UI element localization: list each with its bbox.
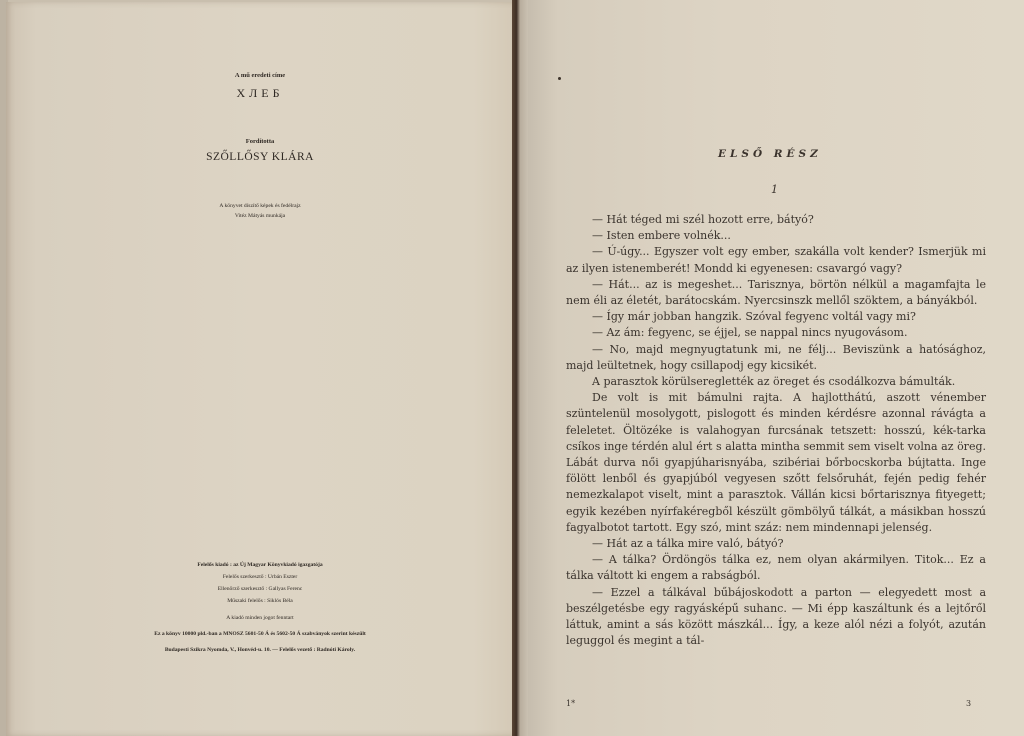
translated-by-label: Fordította <box>6 138 514 145</box>
printer-notice: Budapesti Szikra Nyomda, V., Honvéd-u. 1… <box>6 647 514 653</box>
paragraph: A parasztok körülsereglették az öreget é… <box>566 374 986 390</box>
paper-speck <box>558 77 561 80</box>
left-page-colophon: A mű eredeti címe ХЛЕБ Fordította SZŐLLŐ… <box>6 2 514 736</box>
page-number: 3 <box>966 699 971 708</box>
original-title-label: A mű eredeti címe <box>6 72 514 79</box>
paragraph: — Ú-úgy... Egyszer volt egy ember, szaká… <box>566 244 986 276</box>
section-title: ELSŐ RÉSZ <box>718 148 822 160</box>
imprint-publisher: Felelős kiadó : az Új Magyar Könyvkiadó … <box>6 562 514 568</box>
rights-notice: A kiadó minden jogot fenntart <box>6 615 514 621</box>
illustration-credit-line-2: Vitéz Mátyás munkája <box>6 213 514 219</box>
paragraph: — Az ám: fegyenc, se éjjel, se nappal ni… <box>566 325 986 341</box>
original-title: ХЛЕБ <box>6 86 514 101</box>
imprint-editor: Felelős szerkesztő : Urbán Eszter <box>6 574 514 580</box>
paragraph: De volt is mit bámulni rajta. A hajlotth… <box>566 390 986 536</box>
paragraph: — A tálka? Ördöngös tálka ez, nem olyan … <box>566 552 986 584</box>
chapter-number: 1 <box>771 183 778 196</box>
imprint-technical-manager: Műszaki felelős : Siklós Béla <box>6 598 514 604</box>
paragraph: — Hát téged mi szél hozott erre, bátyó? <box>566 212 986 228</box>
translator-name: SZŐLLŐSY KLÁRA <box>6 151 514 163</box>
body-text: — Hát téged mi szél hozott erre, bátyó? … <box>566 212 986 649</box>
paragraph: — Ezzel a tálkával bűbájoskodott a parto… <box>566 585 986 650</box>
paragraph: — Hát... az is megeshet... Tarisznya, bö… <box>566 277 986 309</box>
book-spread: A mű eredeti címe ХЛЕБ Fordította SZŐLLŐ… <box>0 0 1024 736</box>
illustration-credit-line-1: A könyvet díszítő képek és fedélrajz <box>6 203 514 209</box>
paragraph: — Így már jobban hangzik. Szóval fegyenc… <box>566 309 986 325</box>
paragraph: — Hát az a tálka mire való, bátyó? <box>566 536 986 552</box>
right-page-text: ELSŐ RÉSZ 1 — Hát téged mi szél hozott e… <box>528 0 1024 736</box>
print-run-notice: Ez a könyv 10000 pld.-ban a MNOSZ 5601-5… <box>6 631 514 637</box>
paragraph: — Isten embere volnék... <box>566 228 986 244</box>
signature-mark: 1* <box>566 699 575 708</box>
paragraph: — No, majd megnyugtatunk mi, ne félj... … <box>566 342 986 374</box>
imprint-checking-editor: Ellenőrző szerkesztő : Gallyas Ferenc <box>6 586 514 592</box>
